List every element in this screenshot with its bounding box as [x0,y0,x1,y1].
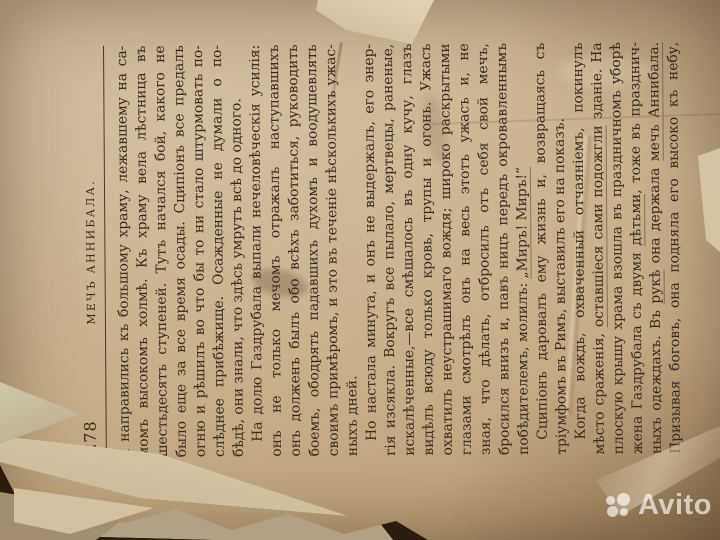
avito-logo-dot [617,493,630,506]
page-header: 278 МЕЧЪ АННИБАЛА. [78,46,101,458]
text-line: Призывая боговъ, она подняла его высоко … [664,42,686,454]
text-line: своимъ примѣромъ, и это въ теченіе нѣско… [322,44,344,456]
header-rule [103,46,107,458]
avito-logo-dot [606,496,615,505]
avito-logo-dot [607,506,618,517]
running-title: МЕЧЪ АННИБАЛА. [78,46,99,458]
page-content: 278 МЕЧЪ АННИБАЛА. и направились къ боль… [78,42,693,458]
text-line: бросился внизъ и, павъ ницъ передъ окров… [493,43,515,455]
avito-watermark: Avito [606,489,712,522]
text-block: и направились къ большому храму, лежавше… [113,42,686,458]
avito-logo-icon [606,493,633,519]
avito-watermark-text: Avito [638,489,712,522]
photo-background: 278 МЕЧЪ АННИБАЛА. и направились къ боль… [0,0,720,540]
avito-logo-dot [620,508,628,516]
text-line: Сципіонъ даровалъ ему жизнь и, возвращая… [531,43,553,455]
